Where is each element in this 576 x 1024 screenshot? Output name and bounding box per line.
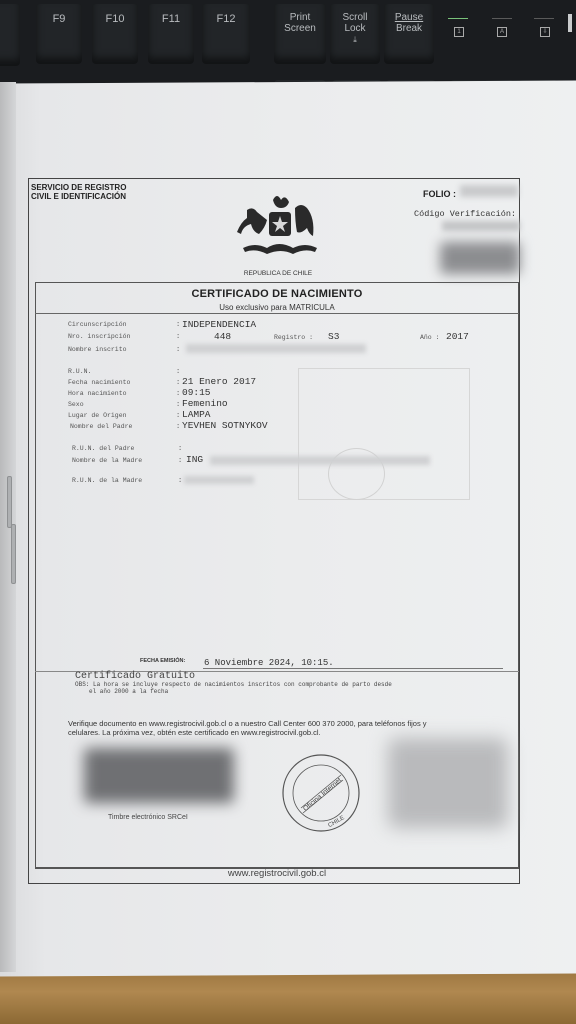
colon: : — [178, 445, 182, 453]
key-f12: F12 — [202, 4, 250, 64]
certificate-title: CERTIFICADO DE NACIMIENTO — [35, 288, 519, 300]
colon: : — [176, 368, 180, 376]
key-label: Print — [274, 12, 326, 23]
colon: : — [176, 423, 180, 431]
birth-certificate: SERVICIO DE REGISTRO CIVIL E IDENTIFICAC… — [28, 178, 522, 886]
verify-line-2: celulares. La próxima vez, obtén este ce… — [68, 728, 508, 737]
caps-lock-led — [492, 18, 512, 19]
key-pause-break: Pause Break — [384, 4, 434, 64]
label-run-madre: R.U.N. de la Madre — [72, 477, 142, 484]
colon: : — [178, 477, 182, 485]
official-seal-icon: Oficina Internet CHILE — [281, 753, 361, 833]
wooden-table — [0, 970, 576, 1024]
value-hora-nacimiento: 09:15 — [182, 387, 211, 398]
caps-lock-icon: A — [497, 27, 507, 37]
agency-line-1: SERVICIO DE REGISTRO — [31, 183, 126, 192]
label-lugar-origen: Lugar de Origen — [68, 412, 127, 419]
value-anio: 2017 — [446, 331, 469, 342]
label-nro-inscripcion: Nro. inscripción — [68, 333, 130, 340]
label-nombre-inscrito: Nombre inscrito — [68, 346, 127, 353]
fecha-emision-value: 6 Noviembre 2024, 10:15. — [204, 658, 334, 668]
run-madre-redacted — [184, 476, 254, 484]
label-fecha-nacimiento: Fecha nacimiento — [68, 379, 130, 386]
timbre-label: Timbre electrónico SRCeI — [108, 814, 188, 821]
label-registro: Registro : — [274, 334, 313, 341]
key-f9: F9 — [36, 4, 82, 64]
colon: : — [176, 412, 180, 420]
label-nombre-madre: Nombre de la Madre — [72, 457, 142, 464]
republica-de-chile: REPUBLICA DE CHILE — [208, 270, 348, 277]
key-scroll-lock: Scroll Lock ⤓ — [330, 4, 380, 64]
key-f10: F10 — [92, 4, 138, 64]
footer-url: www.registrocivil.gob.cl — [35, 868, 519, 879]
verification-code-redacted — [442, 221, 520, 231]
agency-line-2: CIVIL E IDENTIFICACIÓN — [31, 192, 126, 201]
colon: : — [176, 321, 180, 329]
label-sexo: Sexo — [68, 401, 84, 408]
key-label: Lock — [330, 23, 380, 34]
num-lock-led — [448, 18, 468, 19]
divider — [203, 668, 503, 669]
value-lugar-origen: LAMPA — [182, 409, 211, 420]
staple — [11, 524, 16, 584]
num-lock-icon: 1 — [454, 27, 464, 37]
value-fecha-nacimiento: 21 Enero 2017 — [182, 376, 256, 387]
obs-line-1: OBS: La hora se incluye respecto de naci… — [75, 681, 495, 688]
value-nombre-padre: YEVHEN SOTNYKOV — [182, 420, 268, 431]
staple — [7, 476, 12, 528]
scroll-lock-icon: ⤓ — [330, 34, 380, 45]
colon: : — [176, 401, 180, 409]
logo-mark — [568, 14, 572, 32]
verify-line-1: Verifique documento en www.registrocivil… — [68, 719, 508, 728]
nombre-madre-redacted — [210, 456, 430, 465]
key-f8 — [0, 4, 20, 66]
key-print-screen: Print Screen — [274, 4, 326, 64]
electronic-stamp-redacted — [84, 748, 234, 803]
agency-name: SERVICIO DE REGISTRO CIVIL E IDENTIFICAC… — [31, 183, 126, 201]
signature-redacted — [388, 738, 508, 828]
nombre-inscrito-redacted — [186, 344, 366, 353]
label-run-padre: R.U.N. del Padre — [72, 445, 134, 452]
fecha-emision-label: FECHA EMISIÓN: — [140, 658, 185, 664]
value-circunscripcion: INDEPENDENCIA — [182, 319, 256, 330]
label-run: R.U.N. — [68, 368, 91, 375]
label-anio: Año : — [420, 334, 440, 341]
colon: : — [178, 457, 182, 465]
barcode-redacted — [440, 242, 520, 274]
key-label: Screen — [274, 23, 326, 34]
obs-line-2: el año 2000 a la fecha — [75, 688, 495, 695]
label-nombre-padre: Nombre del Padre — [70, 423, 132, 430]
divider — [35, 313, 519, 314]
colon: : — [176, 333, 180, 341]
verification-code-label: Código Verificación: — [414, 209, 516, 219]
folio-redacted — [460, 185, 518, 197]
key-label: Break — [384, 23, 434, 34]
colon: : — [176, 390, 180, 398]
key-label: Scroll — [330, 12, 380, 23]
seal-inner-text: Oficina Internet — [302, 777, 343, 813]
colon: : — [176, 346, 180, 354]
folio-label: FOLIO : — [423, 189, 456, 199]
key-label: Pause — [384, 12, 434, 23]
value-sexo: Femenino — [182, 398, 228, 409]
label-hora-nacimiento: Hora nacimiento — [68, 390, 127, 397]
chile-coat-of-arms-icon — [233, 192, 325, 264]
key-f11: F11 — [148, 4, 194, 64]
verification-notice: Verifique documento en www.registrocivil… — [68, 719, 508, 737]
value-registro: S3 — [328, 331, 339, 342]
certificate-subtitle: Uso exclusivo para MATRICULA — [35, 303, 519, 312]
value-nombre-madre: ING — [186, 454, 203, 465]
label-circunscripcion: Circunscripción — [68, 321, 127, 328]
observation: OBS: La hora se incluye respecto de naci… — [75, 681, 495, 695]
value-nro-inscripcion: 448 — [214, 331, 231, 342]
scroll-lock-led — [534, 18, 554, 19]
colon: : — [176, 379, 180, 387]
scroll-lock-indicator-icon: ⇩ — [540, 27, 550, 37]
